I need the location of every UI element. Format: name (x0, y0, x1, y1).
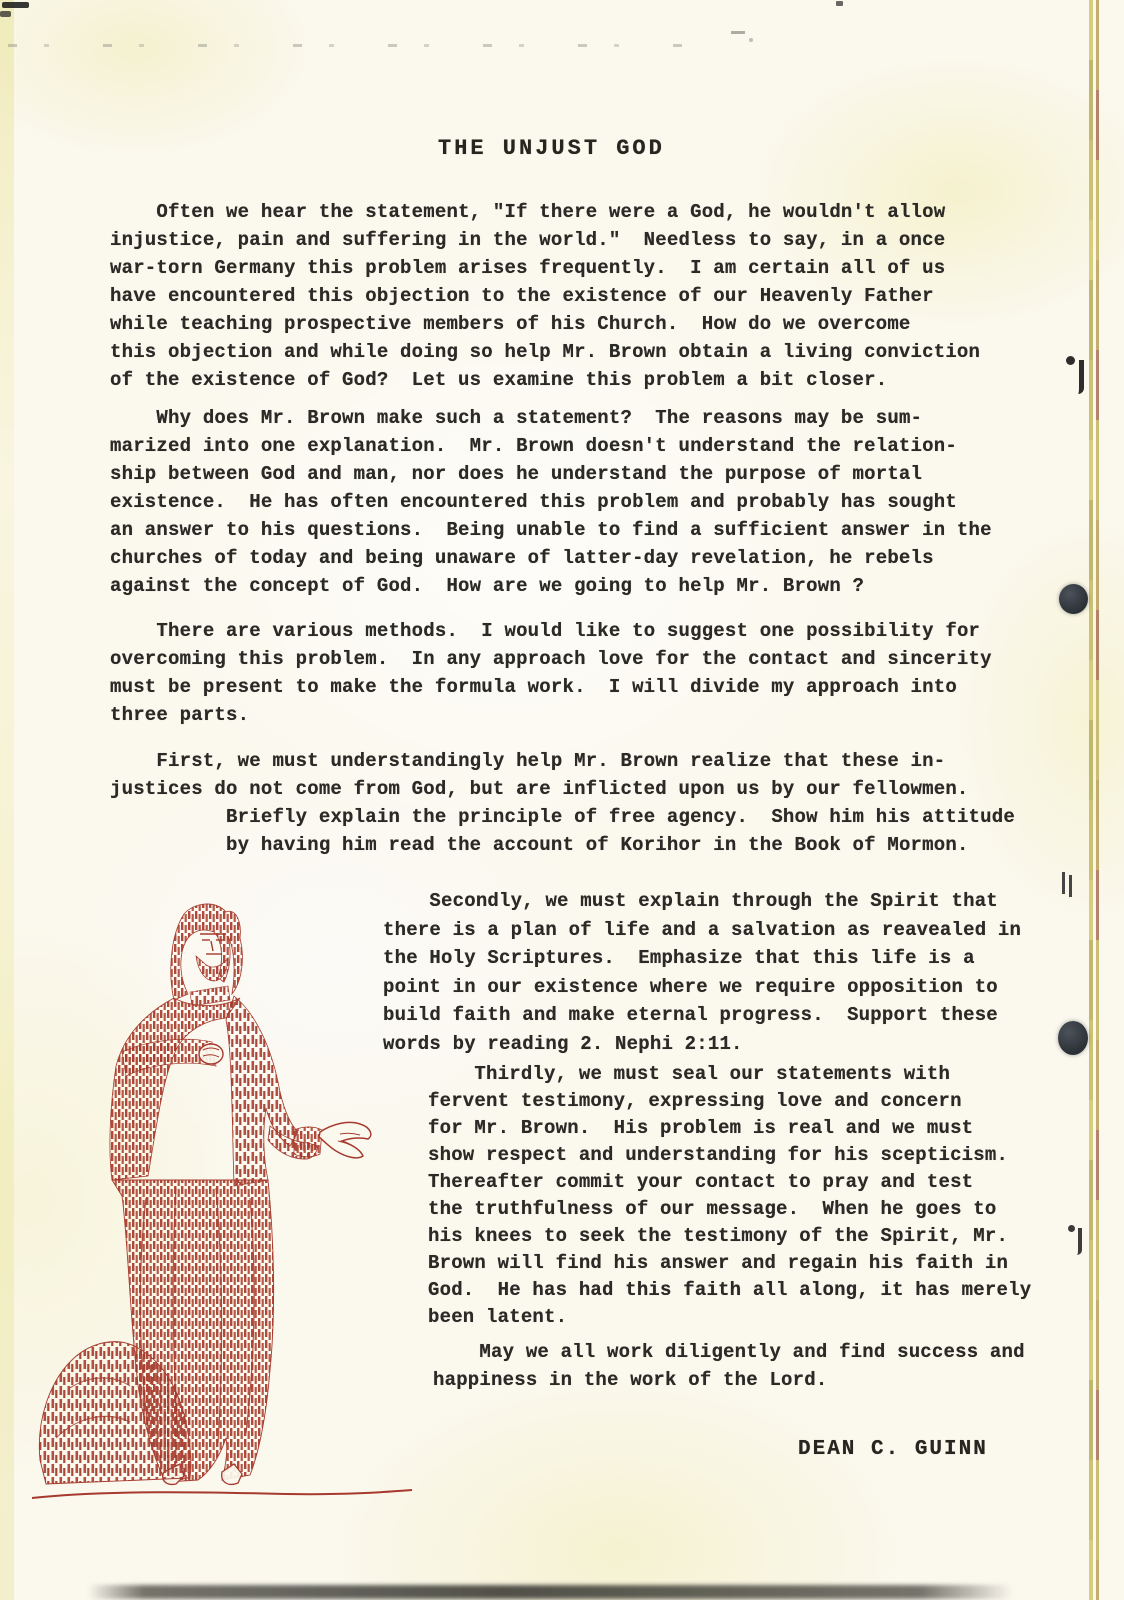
paragraph-2: Why does Mr. Brown make such a statement… (110, 404, 992, 600)
paragraph-1: Often we hear the statement, "If there w… (110, 198, 980, 394)
paragraph-4: First, we must understandingly help Mr. … (110, 747, 1015, 859)
scan-artifact (8, 44, 698, 47)
binding-edge-line (1096, 0, 1099, 1600)
scan-artifact (2, 2, 29, 8)
scan-artifact (836, 1, 843, 6)
paragraph-6: Thirdly, we must seal our statements wit… (428, 1061, 1031, 1331)
left-edge-tint (0, 0, 14, 1600)
scanned-page-background: THE UNJUST GOD Often we hear the stateme… (0, 0, 1124, 1600)
punch-hole-top (1059, 584, 1088, 614)
paragraph-3: There are various methods. I would like … (110, 617, 992, 729)
paragraph-7: May we all work diligently and find succ… (433, 1338, 1025, 1394)
binding-edge-line (1089, 0, 1093, 1600)
scan-artifact (0, 11, 11, 17)
jesus-illustration (26, 878, 418, 1528)
scan-artifact (731, 31, 745, 34)
scan-shadow-bottom (88, 1585, 1013, 1599)
author-signature: DEAN C. GUINN (798, 1438, 988, 1461)
punch-hole-bottom (1058, 1021, 1088, 1055)
page-title: THE UNJUST GOD (438, 136, 665, 161)
paragraph-5: Secondly, we must explain through the Sp… (383, 887, 1021, 1058)
ink-mark (1062, 872, 1065, 894)
ink-mark (1068, 360, 1084, 394)
ink-mark (1069, 1228, 1082, 1255)
scan-artifact (749, 38, 753, 42)
